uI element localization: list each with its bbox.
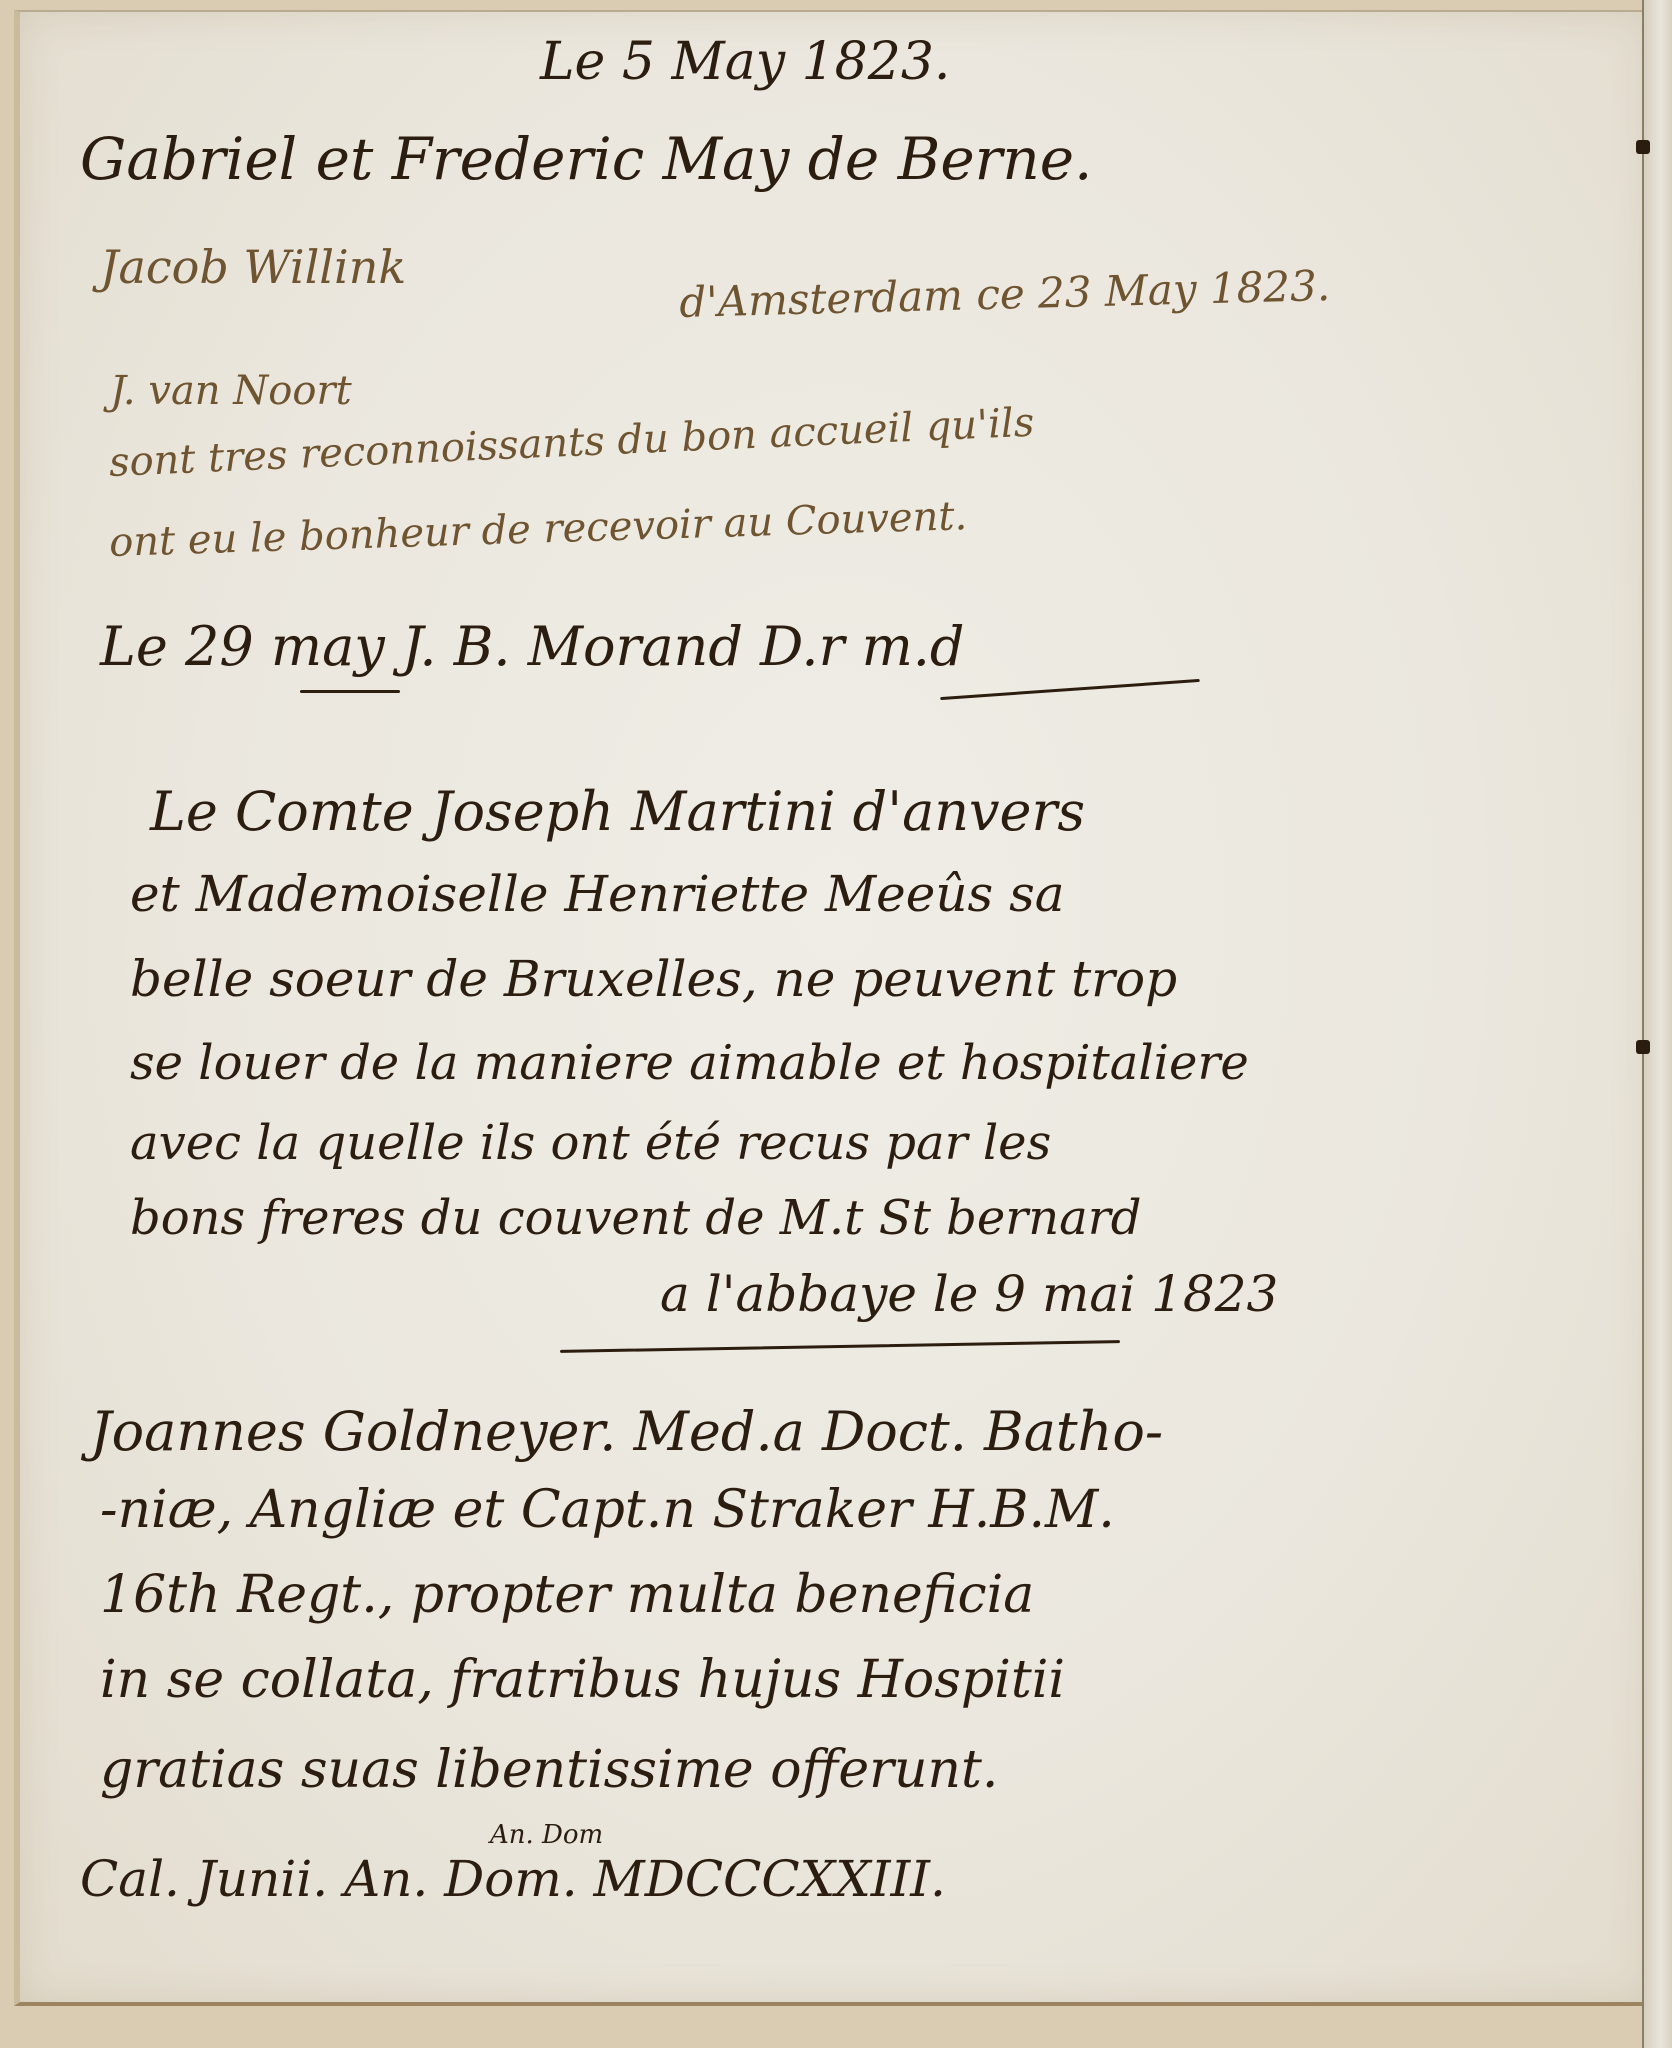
entry-5-line-1: Joannes Goldneyer. Med.a Doct. Batho-: [90, 1400, 1163, 1463]
entry-5-line-3: 16th Regt., propter multa beneficia: [100, 1565, 1034, 1625]
entry-5-date: Cal. Junii. An. Dom. MDCCCXXIII.: [80, 1850, 946, 1908]
entry-4-line-3: belle soeur de Bruxelles, ne peuvent tro…: [130, 950, 1177, 1008]
binding-stitch-icon: [1636, 1040, 1650, 1054]
entry-1-names: Gabriel et Frederic May de Berne.: [80, 125, 1092, 193]
flourish-divider: [300, 690, 400, 693]
entry-4-date: a l'abbaye le 9 mai 1823: [660, 1265, 1278, 1323]
entry-4-line-4: se louer de la maniere aimable et hospit…: [130, 1035, 1249, 1091]
entry-5-line-4: in se collata, fratribus hujus Hospitii: [100, 1650, 1065, 1710]
entry-4-line-5: avec la quelle ils ont été recus par les: [130, 1115, 1051, 1171]
entry-4-line-6: bons freres du couvent de M.t St bernard: [130, 1190, 1141, 1246]
entry-5-superscript: An. Dom: [490, 1820, 603, 1850]
entry-4-line-2: et Mademoiselle Henriette Meeûs sa: [130, 865, 1065, 923]
entry-4-line-1: Le Comte Joseph Martini d'anvers: [150, 780, 1085, 843]
facing-page-edge: [1642, 0, 1672, 2048]
entry-2-name-1: Jacob Willink: [100, 240, 406, 294]
binding-stitch-icon: [1636, 140, 1650, 154]
entry-5-line-2: -niæ, Angliæ et Capt.n Straker H.B.M.: [100, 1480, 1115, 1540]
entry-2-name-2: J. van Noort: [110, 368, 352, 414]
entry-3-signature: Le 29 may J. B. Morand D.r m.d: [100, 615, 965, 678]
entry-5-line-5: gratias suas libentissime offerunt.: [100, 1740, 998, 1800]
entry-1-date: Le 5 May 1823.: [540, 32, 950, 92]
